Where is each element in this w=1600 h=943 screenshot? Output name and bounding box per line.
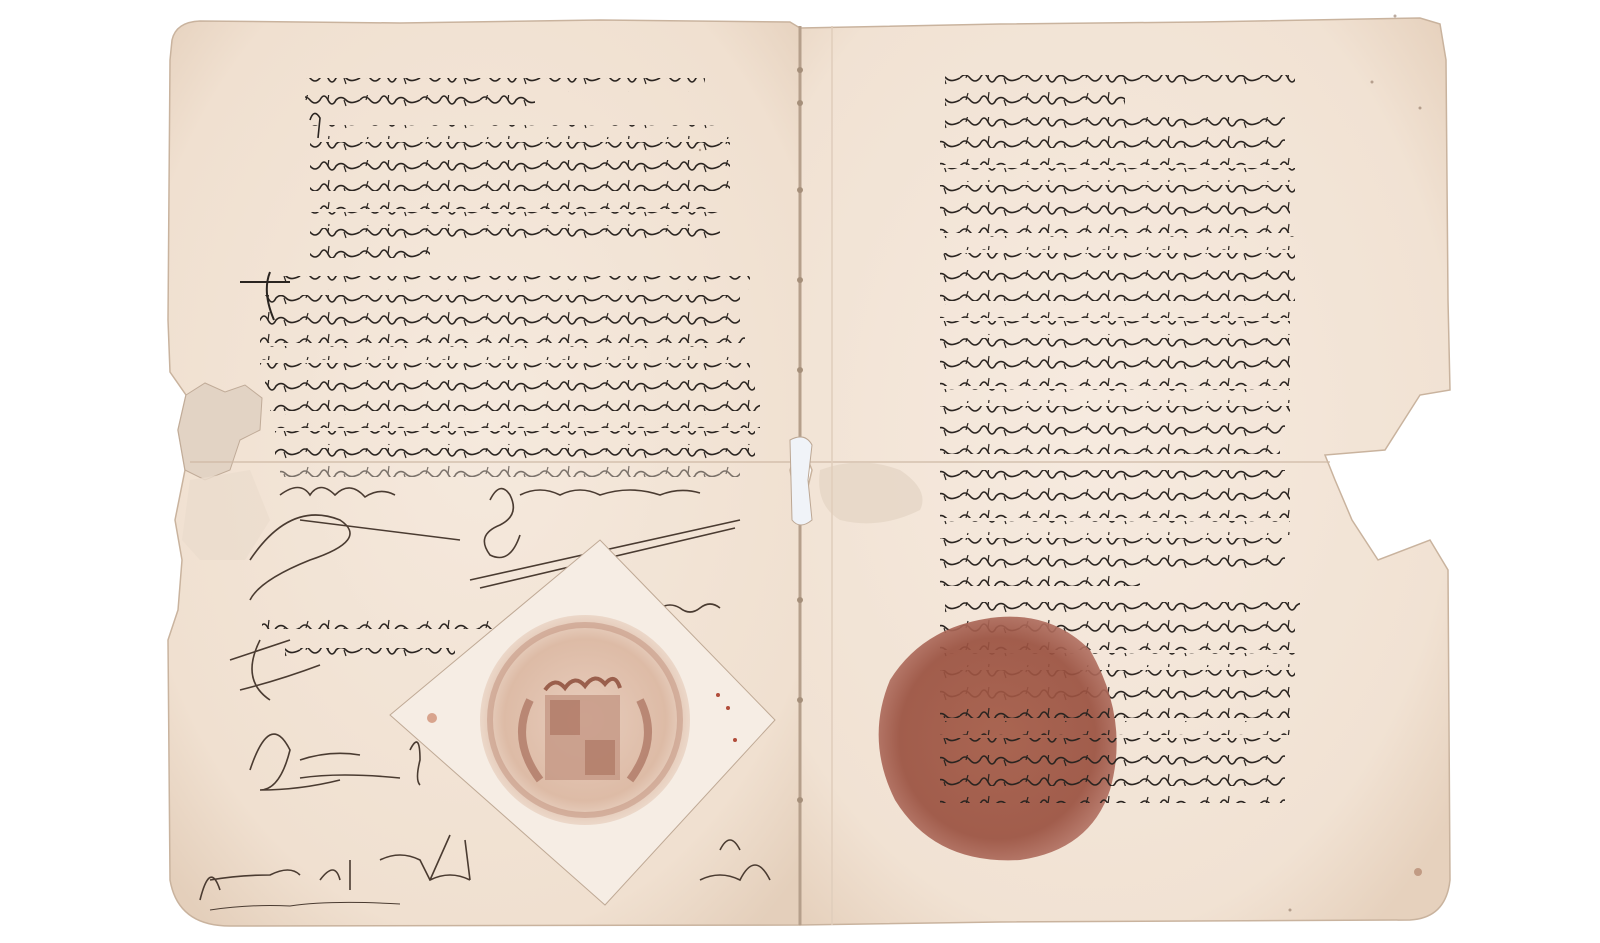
manuscript-drawing [0,0,1600,943]
manuscript-spread: Open bifolio of a 16th-century Spanish r… [0,0,1600,943]
